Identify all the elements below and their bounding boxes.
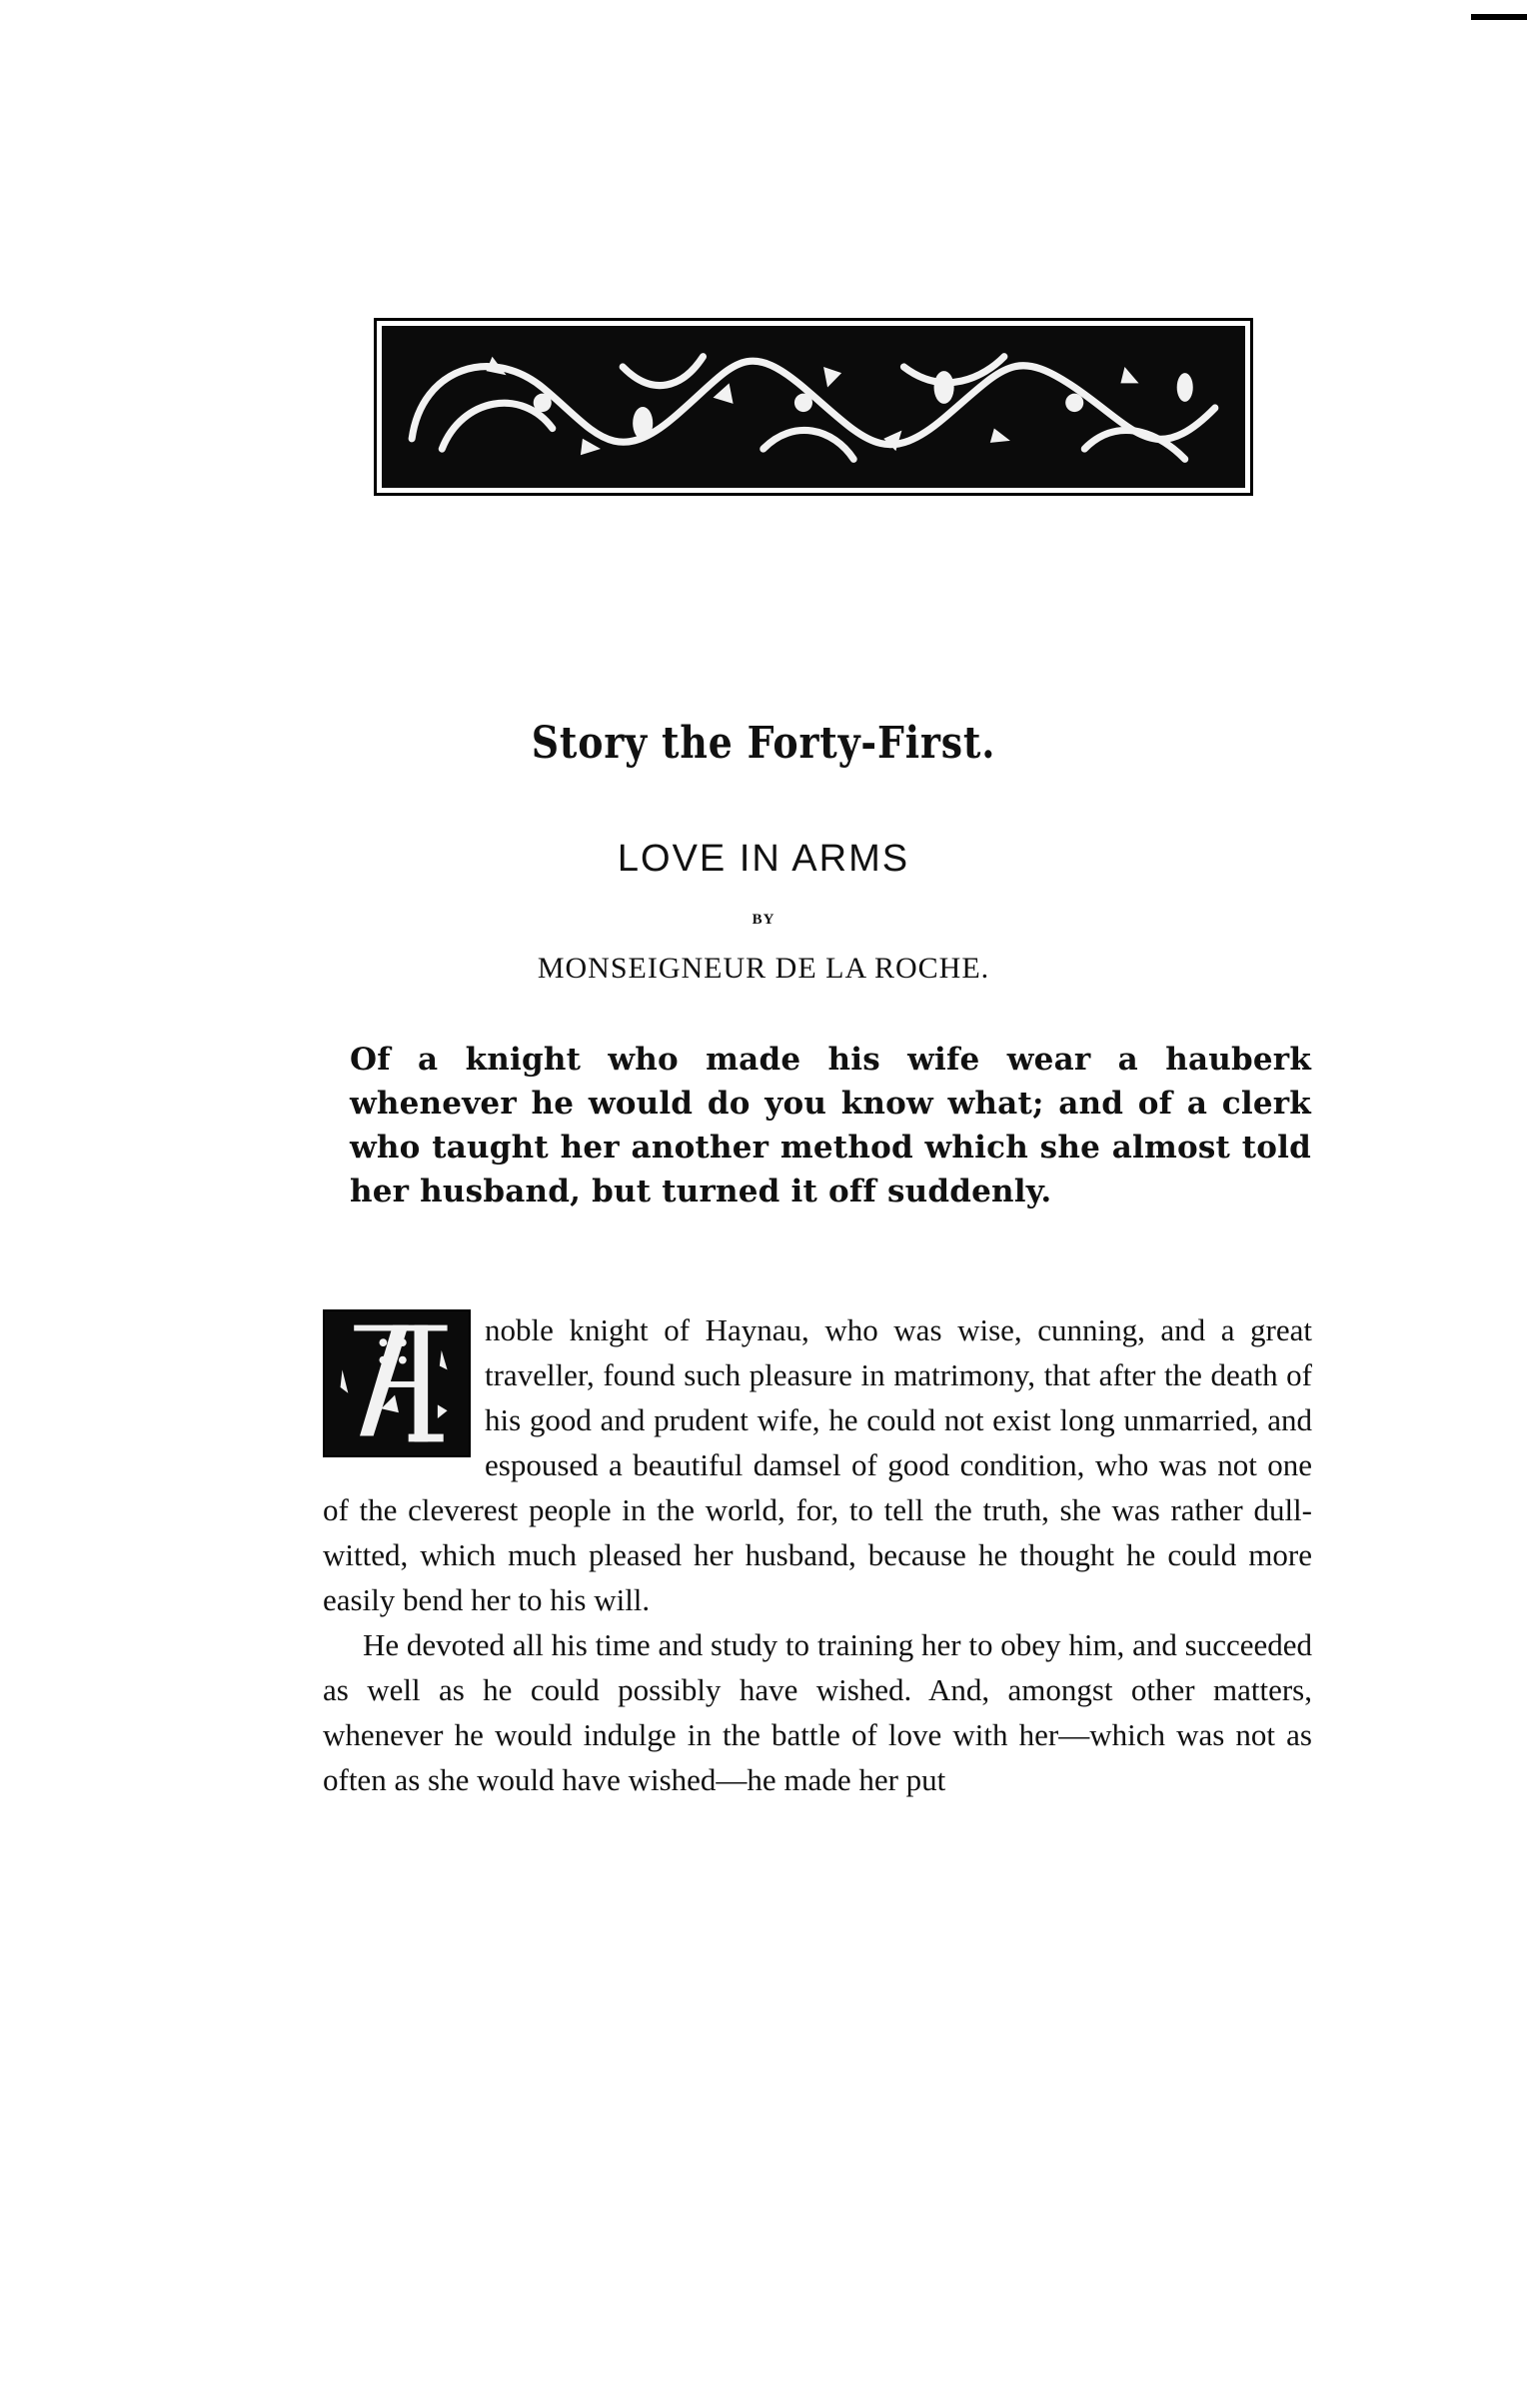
by-label: BY [0,912,1527,929]
drop-cap-a-icon [323,1309,471,1457]
paragraph-2: He devoted all his time and study to tra… [323,1622,1312,1802]
paragraph-1-text: noble knight of Haynau, who was wise, cu… [323,1312,1312,1617]
story-title: Story the Forty-First. [107,718,1420,769]
scroll-ornament-icon [382,326,1245,488]
story-body: noble knight of Haynau, who was wise, cu… [323,1307,1312,1802]
page-edge-mark [1471,14,1527,28]
author-name: MONSEIGNEUR DE LA ROCHE. [0,952,1527,986]
ornamental-headpiece [374,318,1253,496]
paragraph-1: noble knight of Haynau, who was wise, cu… [323,1307,1312,1622]
page-title: LOVE IN ARMS [0,838,1527,881]
story-argument: Of a knight who made his wife wear a hau… [350,1038,1311,1213]
